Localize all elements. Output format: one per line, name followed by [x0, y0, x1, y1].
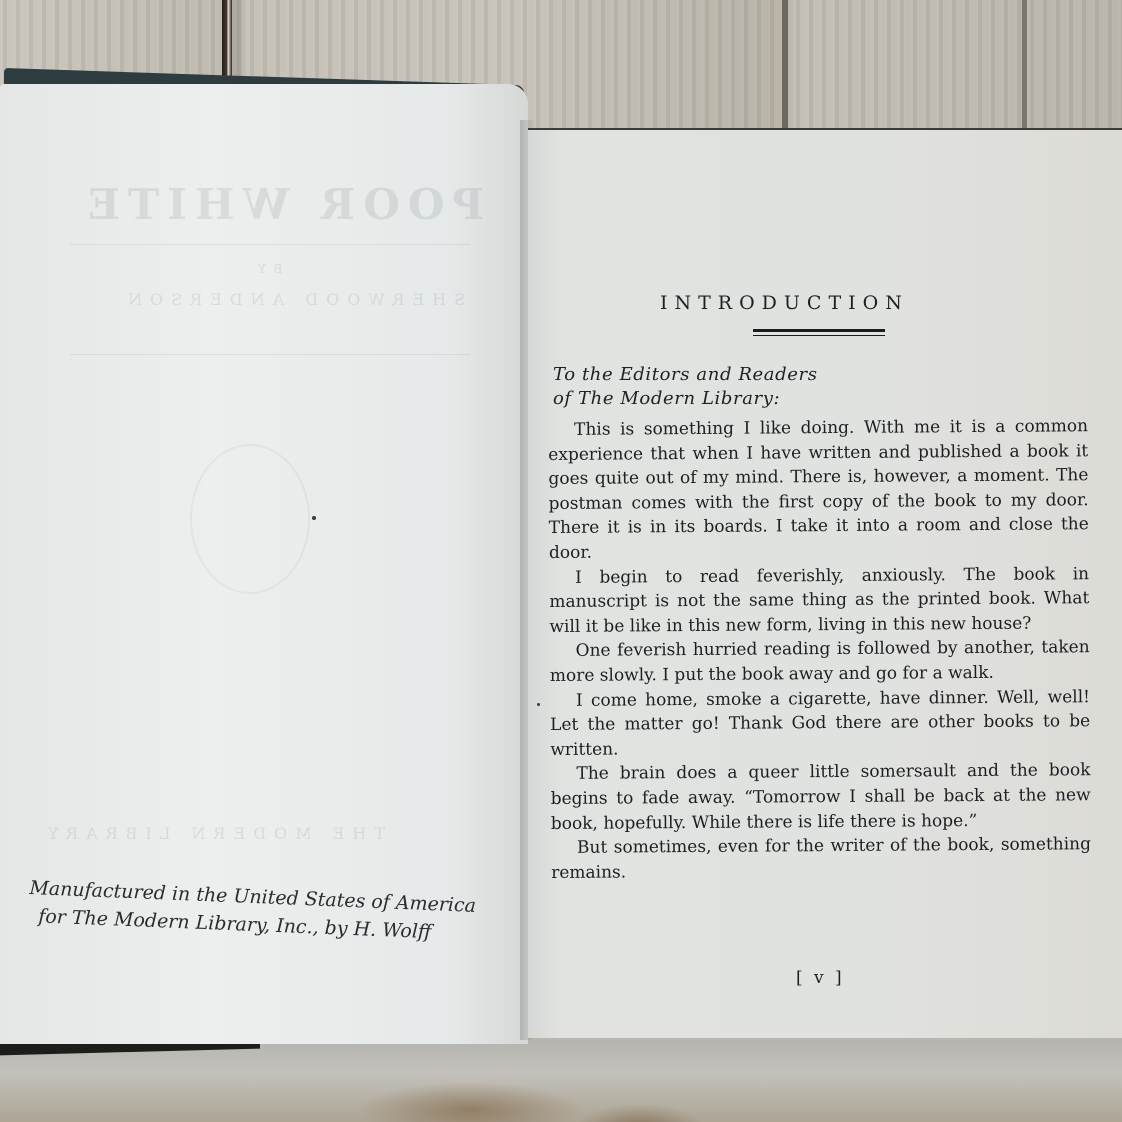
paragraph: The brain does a queer little somersault… [550, 759, 1091, 837]
bleed-through-rule [70, 244, 470, 245]
introduction-body: This is something I like doing. With me … [548, 414, 1091, 885]
bleed-through-by: BY [250, 262, 283, 276]
paragraph: But sometimes, even for the writer of th… [551, 832, 1091, 885]
paragraph: One feverish hurried reading is followed… [550, 636, 1090, 689]
paragraph: I begin to read feverishly, anxiously. T… [549, 562, 1090, 640]
wood-plank-gap [782, 0, 788, 130]
paragraph: This is something I like doing. With me … [548, 414, 1089, 565]
left-page: POOR WHITE BY SHERWOOD ANDERSON THE MODE… [0, 84, 528, 1044]
wood-plank-gap [1022, 0, 1027, 130]
salutation-line-2: of The Modern Library: [553, 387, 818, 411]
salutation-line-1: To the Editors and Readers [553, 363, 818, 387]
paragraph: I come home, smoke a cigarette, have din… [550, 685, 1091, 763]
right-page: INTRODUCTION To the Editors and Readers … [528, 128, 1122, 1038]
colophon: Manufactured in the United States of Ame… [28, 874, 477, 948]
bleed-through-imprint: THE MODERN LIBRARY [40, 824, 385, 843]
bleed-through-emblem [190, 444, 310, 594]
heading-rule-thick [753, 329, 885, 332]
heading-rule-thin [753, 335, 885, 336]
paper-speck [312, 516, 316, 520]
salutation: To the Editors and Readers of The Modern… [553, 363, 818, 411]
bleed-through-rule [70, 354, 470, 355]
bleed-through-title: POOR WHITE [80, 180, 484, 229]
wood-surface [0, 1040, 1122, 1122]
page-heading: INTRODUCTION [660, 292, 909, 314]
page-number: [ v ] [796, 968, 845, 988]
paper-speck [537, 703, 540, 706]
bleed-through-author: SHERWOOD ANDERSON [120, 290, 465, 309]
